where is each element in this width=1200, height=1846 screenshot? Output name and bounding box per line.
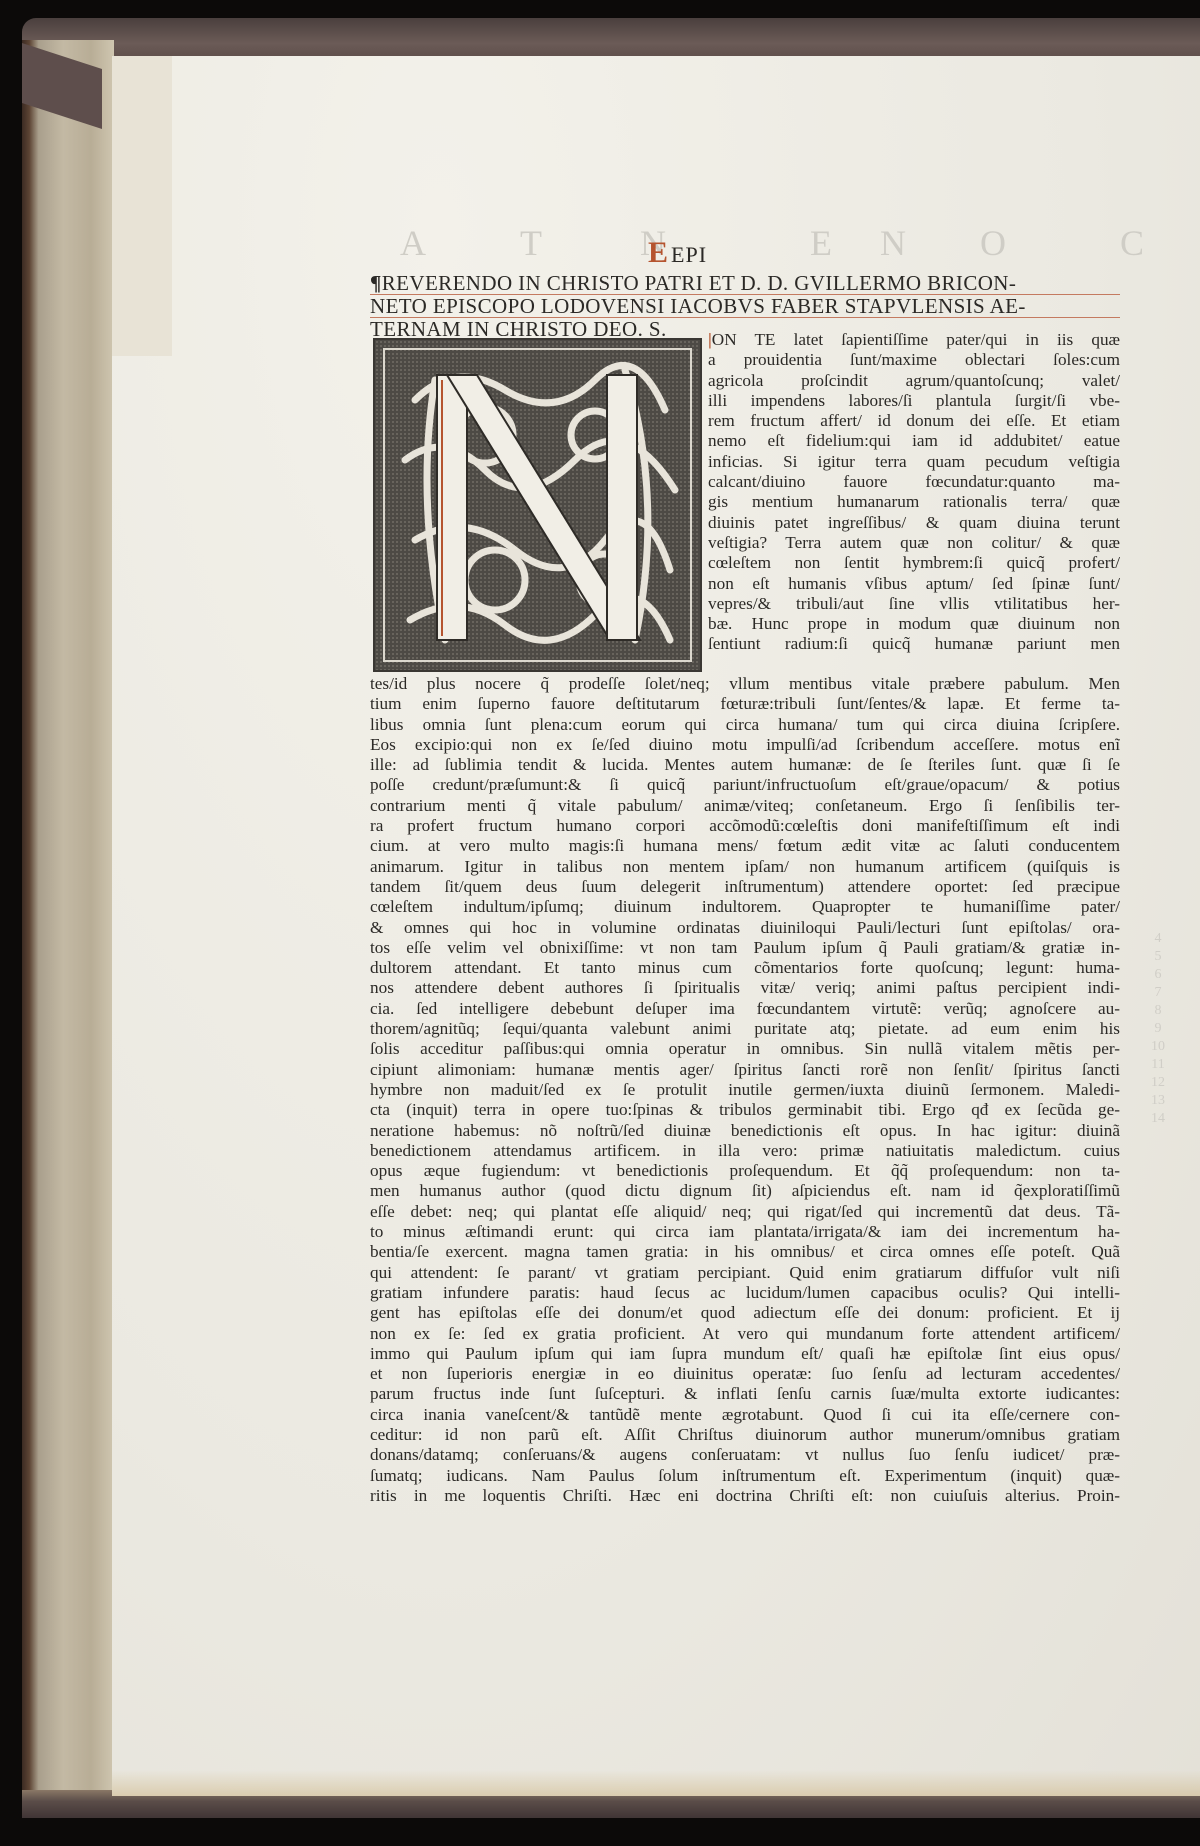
text-line: non ex ſe: ſed ex gratia proficient. At … bbox=[370, 1324, 1120, 1344]
decorated-initial-n bbox=[373, 338, 702, 672]
text-line: circa inania vaneſcent/& tantũdẽ mente æ… bbox=[370, 1405, 1120, 1425]
text-line: Eos excipio:qui non ex ſe/ſed diuino mot… bbox=[370, 735, 1120, 755]
text-line: eſſe debet: neq; qui plantat eſſe aliqui… bbox=[370, 1202, 1120, 1222]
text-line: ra profert fructum humano corpori accõmo… bbox=[370, 816, 1120, 836]
text-line: libus omnia ſunt plena:cum eorum qui cir… bbox=[370, 715, 1120, 735]
text-line: opus æque fugiendum: vt benedictionis pr… bbox=[370, 1161, 1120, 1181]
ghost-number: 14 bbox=[1150, 1110, 1166, 1128]
text-line: men humanus author (quod dictu dignum ſi… bbox=[370, 1181, 1120, 1201]
text-line: nos attendere debent authores ſi ſpiritu… bbox=[370, 978, 1120, 998]
text-line: diuinis patet ingreſſibus/ & quam diuina… bbox=[708, 513, 1120, 533]
ghost-number: 11 bbox=[1150, 1056, 1166, 1074]
foliate-initial-icon bbox=[375, 340, 700, 670]
text-line: cœleſtem indultum/ipſumq; diuinum indult… bbox=[370, 897, 1120, 917]
ghost-number: 13 bbox=[1150, 1092, 1166, 1110]
text-line: dultorem attendant. Et tanto minus cum c… bbox=[370, 958, 1120, 978]
text-line: vepres/& tribuli/aut ſine vllis vtilitat… bbox=[708, 594, 1120, 614]
text-line: cœleſtem non ſentit hymbrem:ſi quicq̃ pr… bbox=[708, 553, 1120, 573]
text-line: bentia/ſe exercent. magna tamen gratia: … bbox=[370, 1242, 1120, 1262]
text-line: rem fructum affert/ id donum dei eſſe. E… bbox=[708, 411, 1120, 431]
text-line: & omnes qui hoc in volumine ordinatas di… bbox=[370, 918, 1120, 938]
text-line: inficias. Si igitur terra quam pecudum v… bbox=[708, 452, 1120, 472]
ghost-number: 7 bbox=[1150, 984, 1166, 1002]
text-line: ille: ad ſublimia tendit & lucida. Mente… bbox=[370, 755, 1120, 775]
text-line: et non ſuperioris energiæ in eo diuinitu… bbox=[370, 1364, 1120, 1384]
text-line: cta (inquit) terra in opere tuo:ſpinas &… bbox=[370, 1100, 1120, 1120]
ghost-letter: E bbox=[810, 222, 834, 264]
ghost-letter: T bbox=[520, 222, 544, 264]
ghost-letter: A bbox=[400, 222, 428, 264]
text-line: parum fructus inde ſunt ſuſcepturi. & in… bbox=[370, 1384, 1120, 1404]
text-line: |ON TE latet ſapientiſſime pater/qui in … bbox=[708, 330, 1120, 350]
text-line: cipiunt alimoniam: humanæ mentis ager/ ſ… bbox=[370, 1060, 1120, 1080]
heading-text: REVERENDO IN CHRISTO PATRI ET D. D. GVIL… bbox=[382, 271, 1017, 295]
ghost-number: 10 bbox=[1150, 1038, 1166, 1056]
text-line: gent has epiſtolas eſſe dei donum/et quo… bbox=[370, 1303, 1120, 1323]
heading-line: NETO EPISCOPO LODOVENSI IACOBVS FABER ST… bbox=[370, 295, 1120, 318]
text-line: hymbre non maduit/ſed ex ſe protulit inu… bbox=[370, 1080, 1120, 1100]
heading-line: ¶REVERENDO IN CHRISTO PATRI ET D. D. GVI… bbox=[370, 272, 1120, 295]
text-line: ſolis acceditur paſſibus:qui omnia opera… bbox=[370, 1039, 1120, 1059]
ghost-number: 12 bbox=[1150, 1074, 1166, 1092]
text-line: bæ. Hunc prope in modum quæ diuinum non bbox=[708, 614, 1120, 634]
binding-left bbox=[22, 40, 114, 1810]
text-line: nemo eſt fidelium:qui iam id addubitet/ … bbox=[708, 431, 1120, 451]
text-line: tandem ſit/quem deus ſuum delegerit inſt… bbox=[370, 877, 1120, 897]
ghost-letter: C bbox=[1120, 222, 1146, 264]
text-line: gratiam infundere paratis: haud ſecus ac… bbox=[370, 1283, 1120, 1303]
ghost-number: 9 bbox=[1150, 1020, 1166, 1038]
text-line: neratione habemus: nõ noſtrũ/ſed diuinæ … bbox=[370, 1121, 1120, 1141]
text-line: donans/datamq; conſeruans/& augens conſe… bbox=[370, 1445, 1120, 1465]
ghost-number: 5 bbox=[1150, 948, 1166, 966]
text-line: qui attendent: ſe parant/ vt gratiam per… bbox=[370, 1263, 1120, 1283]
text-line: ſumatq; iudicans. Nam Paulus ſolum inſtr… bbox=[370, 1466, 1120, 1486]
ghost-letter: O bbox=[980, 222, 1008, 264]
text-line: a prouidentia ſunt/maxime oblectari ſole… bbox=[708, 350, 1120, 370]
text-line: cium. at vero multo magis:ſi humana mens… bbox=[370, 836, 1120, 856]
text-line: veſtigia? Terra autem quæ non colitur/ &… bbox=[708, 533, 1120, 553]
text-beside-initial: |ON TE latet ſapientiſſime pater/qui in … bbox=[708, 330, 1120, 655]
pilcrow-icon: ¶ bbox=[370, 271, 382, 295]
text-line: ritis in me loquentis Chriſti. Hæc eni d… bbox=[370, 1486, 1120, 1506]
bottom-stain bbox=[112, 1770, 1200, 1796]
ghost-number: 6 bbox=[1150, 966, 1166, 984]
text-line: cia. ſed intelligere debebunt deſuper im… bbox=[370, 999, 1120, 1019]
text-line: illi impendens labores/ſi plantula ſurgi… bbox=[708, 391, 1120, 411]
text-line: tos eſſe velim vel obnixiſſime: vt non t… bbox=[370, 938, 1120, 958]
text-line: ſentiunt radium:ſi quicq̃ humanæ pariunt… bbox=[708, 634, 1120, 654]
text-line: benedictionem attendamus artificem. in i… bbox=[370, 1141, 1120, 1161]
ghost-letter: N bbox=[880, 222, 908, 264]
text-line: calcant/diuino fauore fœcundatur:quanto … bbox=[708, 472, 1120, 492]
text-line: poſſe credunt/præſumunt:& ſi quicq̃ pari… bbox=[370, 775, 1120, 795]
text-line: gis mentium humanarum rationalis terra/ … bbox=[708, 492, 1120, 512]
text-line: thorem/agnitũq; ſequi/quanta valebunt an… bbox=[370, 1019, 1120, 1039]
text-line: tium enim ſuperno fauore deſtitutarum fœ… bbox=[370, 694, 1120, 714]
ghost-number: 4 bbox=[1150, 930, 1166, 948]
section-label: EEPI bbox=[648, 236, 707, 270]
paper-repair bbox=[112, 56, 172, 356]
ghost-margin-numbers: 4 5 6 7 8 9 10 11 12 13 14 bbox=[1150, 930, 1166, 1128]
text-line: contrarium menti q̃ vitale pabulum/ anim… bbox=[370, 796, 1120, 816]
full-width-text: tes/id plus nocere q̃ prodeſſe ſolet/neq… bbox=[370, 674, 1120, 1506]
section-label-text: EPI bbox=[671, 242, 707, 267]
rubricated-capital: E bbox=[648, 236, 669, 269]
text-line: to minus æſtimandi erunt: qui circa iam … bbox=[370, 1222, 1120, 1242]
text-line: tes/id plus nocere q̃ prodeſſe ſolet/neq… bbox=[370, 674, 1120, 694]
text-line: animarum. Igitur in talibus non mentem i… bbox=[370, 857, 1120, 877]
text-line: immo qui Paulum ipſum qui iam ſupra mund… bbox=[370, 1344, 1120, 1364]
text-line: ceditur: id non parũ eſt. Aſſit Chriſtus… bbox=[370, 1425, 1120, 1445]
text-line: non eſt humanis vſibus aptum/ ſed ſpinæ … bbox=[708, 574, 1120, 594]
text-line: agricola proſcindit agrum/quantoſcunq; v… bbox=[708, 371, 1120, 391]
ghost-number: 8 bbox=[1150, 1002, 1166, 1020]
